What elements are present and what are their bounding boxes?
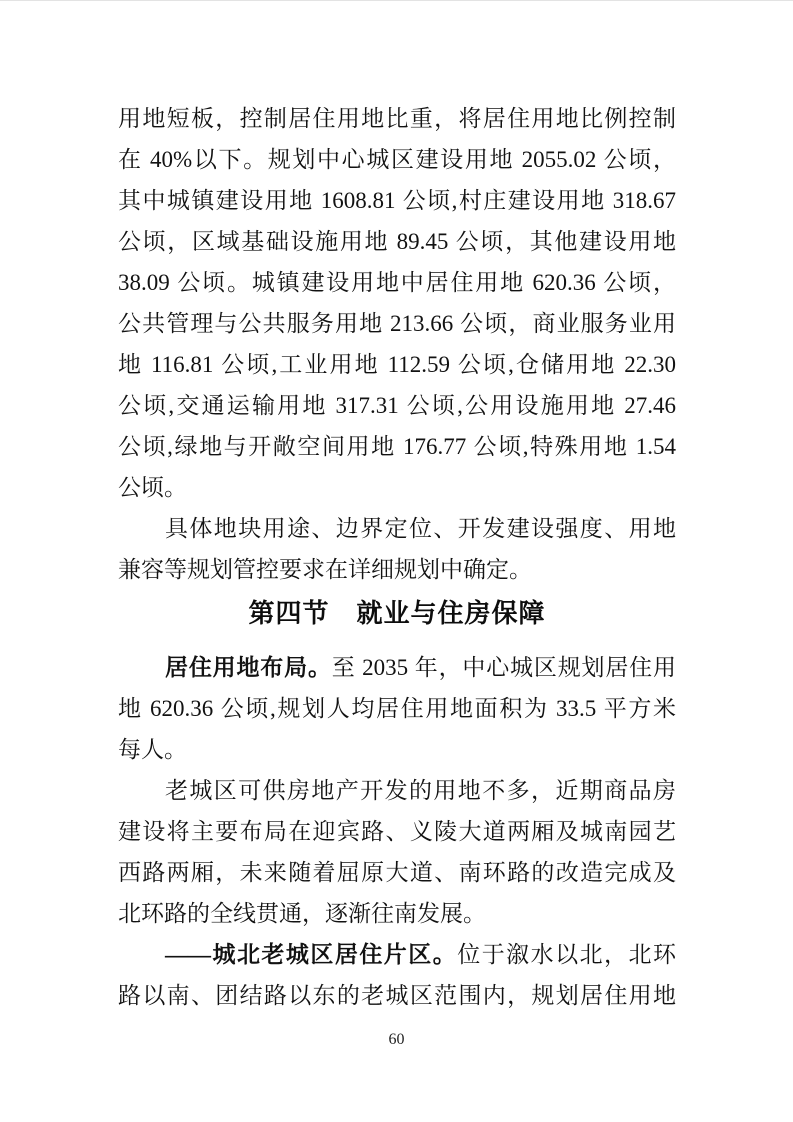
- body-line: 地 116.81 公顷,工业用地 112.59 公顷,仓储用地 22.30: [118, 344, 676, 385]
- body-line: 公顷,绿地与开敞空间用地 176.77 公顷,特殊用地 1.54: [118, 426, 676, 467]
- page-number: 60: [0, 1031, 793, 1049]
- body-line: 北环路的全线贯通，逐渐往南发展。: [118, 893, 676, 934]
- body-line: 兼容等规划管控要求在详细规划中确定。: [118, 549, 676, 590]
- body-line: 居住用地布局。至 2035 年，中心城区规划居住用: [118, 647, 676, 688]
- body-line: 路以南、团结路以东的老城区范围内，规划居住用地: [118, 975, 676, 1016]
- section-heading: 第四节 就业与住房保障: [118, 593, 676, 633]
- body-line: 38.09 公顷。城镇建设用地中居住用地 620.36 公顷，: [118, 262, 676, 303]
- document-body: 用地短板，控制居住用地比重，将居住用地比例控制 在 40%以下。规划中心城区建设…: [118, 98, 676, 1016]
- paragraph-lead: ——城北老城区居住片区。: [165, 942, 457, 967]
- paragraph-lead: 居住用地布局。: [165, 655, 332, 680]
- body-line: 用地短板，控制居住用地比重，将居住用地比例控制: [118, 98, 676, 139]
- body-line: 建设将主要布局在迎宾路、义陵大道两厢及城南园艺: [118, 811, 676, 852]
- body-line: 公顷。: [118, 467, 676, 508]
- body-line: 公顷,交通运输用地 317.31 公顷,公用设施用地 27.46: [118, 385, 676, 426]
- body-text: 至 2035 年，中心城区规划居住用: [332, 655, 676, 680]
- body-line: 老城区可供房地产开发的用地不多，近期商品房: [118, 770, 676, 811]
- document-page: 用地短板，控制居住用地比重，将居住用地比例控制 在 40%以下。规划中心城区建设…: [0, 0, 793, 1122]
- body-line: 每人。: [118, 729, 676, 770]
- body-line: 公顷，区域基础设施用地 89.45 公顷，其他建设用地: [118, 221, 676, 262]
- body-line: 其中城镇建设用地 1608.81 公顷,村庄建设用地 318.67: [118, 180, 676, 221]
- body-line: 西路两厢，未来随着屈原大道、南环路的改造完成及: [118, 852, 676, 893]
- body-line: 在 40%以下。规划中心城区建设用地 2055.02 公顷，: [118, 139, 676, 180]
- body-text: 位于溆水以北，北环: [457, 942, 676, 967]
- body-line: 公共管理与公共服务用地 213.66 公顷，商业服务业用: [118, 303, 676, 344]
- body-line: ——城北老城区居住片区。位于溆水以北，北环: [118, 934, 676, 975]
- body-line: 地 620.36 公顷,规划人均居住用地面积为 33.5 平方米: [118, 688, 676, 729]
- body-line: 具体地块用途、边界定位、开发建设强度、用地: [118, 508, 676, 549]
